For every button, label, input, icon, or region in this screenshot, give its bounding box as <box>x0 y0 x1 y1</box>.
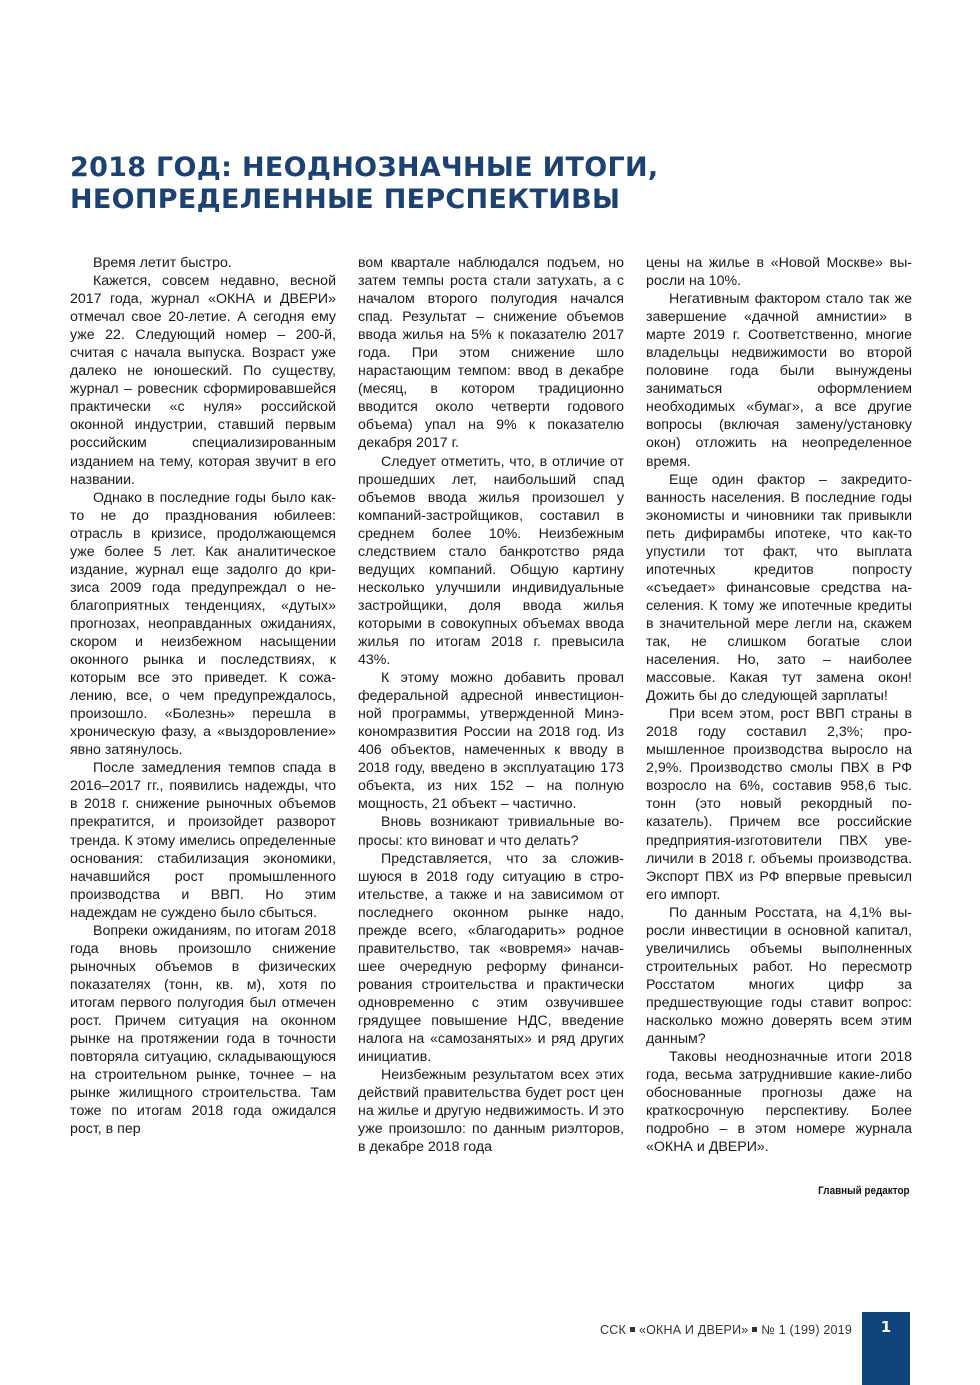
page-footer: ССК«ОКНА И ДВЕРИ»№ 1 (199) 2019 <box>600 1323 852 1337</box>
page-number-tab: 1 <box>862 1312 910 1385</box>
paragraph: Неизбежным результатом всех этих действи… <box>358 1066 624 1156</box>
page-number: 1 <box>862 1318 910 1336</box>
footer-issue: № 1 (199) 2019 <box>761 1323 852 1337</box>
paragraph-continued: вом квартале наблюдался подъем, но затем… <box>358 254 624 453</box>
paragraph: Однако в последние годы было как-то не д… <box>70 489 336 760</box>
paragraph: Время летит быстро. <box>70 254 336 272</box>
article-body: Время летит быстро. Кажется, совсем неда… <box>70 254 912 1174</box>
square-bullet-icon <box>752 1327 757 1332</box>
paragraph: После замедления темпов спада в 2016–201… <box>70 759 336 921</box>
paragraph: Вопреки ожиданиям, по итогам 2018 года в… <box>70 922 336 1139</box>
paragraph: Кажется, совсем недавно, весной 2017 год… <box>70 272 336 489</box>
author-signature: Главный редактор <box>819 1185 910 1197</box>
footer-publisher: ССК <box>600 1323 626 1337</box>
text-column-3: цены на жилье в «Новой Москве» вы­росли … <box>646 254 912 1156</box>
text-column-2: вом квартале наблюдался подъем, но затем… <box>358 254 624 1156</box>
paragraph: Еще один фактор – закредито­ванность нас… <box>646 471 912 706</box>
paragraph: К этому можно добавить провал федерально… <box>358 669 624 813</box>
paragraph: Негативным фактором стало так же заверше… <box>646 290 912 470</box>
paragraph-continued: цены на жилье в «Новой Москве» вы­росли … <box>646 254 912 290</box>
paragraph: Следует отметить, что, в отличие от прош… <box>358 453 624 670</box>
square-bullet-icon <box>630 1327 635 1332</box>
footer-magazine: «ОКНА И ДВЕРИ» <box>639 1323 748 1337</box>
paragraph: Вновь возникают тривиальные во­просы: кт… <box>358 813 624 849</box>
paragraph: Представляется, что за сложив­шуюся в 20… <box>358 850 624 1067</box>
paragraph: При всем этом, рост ВВП стра­ны в 2018 г… <box>646 705 912 904</box>
article-title: 2018 ГОД: НЕОДНОЗНАЧНЫЕ ИТОГИ, НЕОПРЕДЕЛ… <box>70 152 920 216</box>
paragraph: По данным Росстата, на 4,1% вы­росли инв… <box>646 904 912 1048</box>
text-column-1: Время летит быстро. Кажется, совсем неда… <box>70 254 336 1138</box>
paragraph: Таковы неоднозначные итоги 2018 года, ве… <box>646 1048 912 1156</box>
